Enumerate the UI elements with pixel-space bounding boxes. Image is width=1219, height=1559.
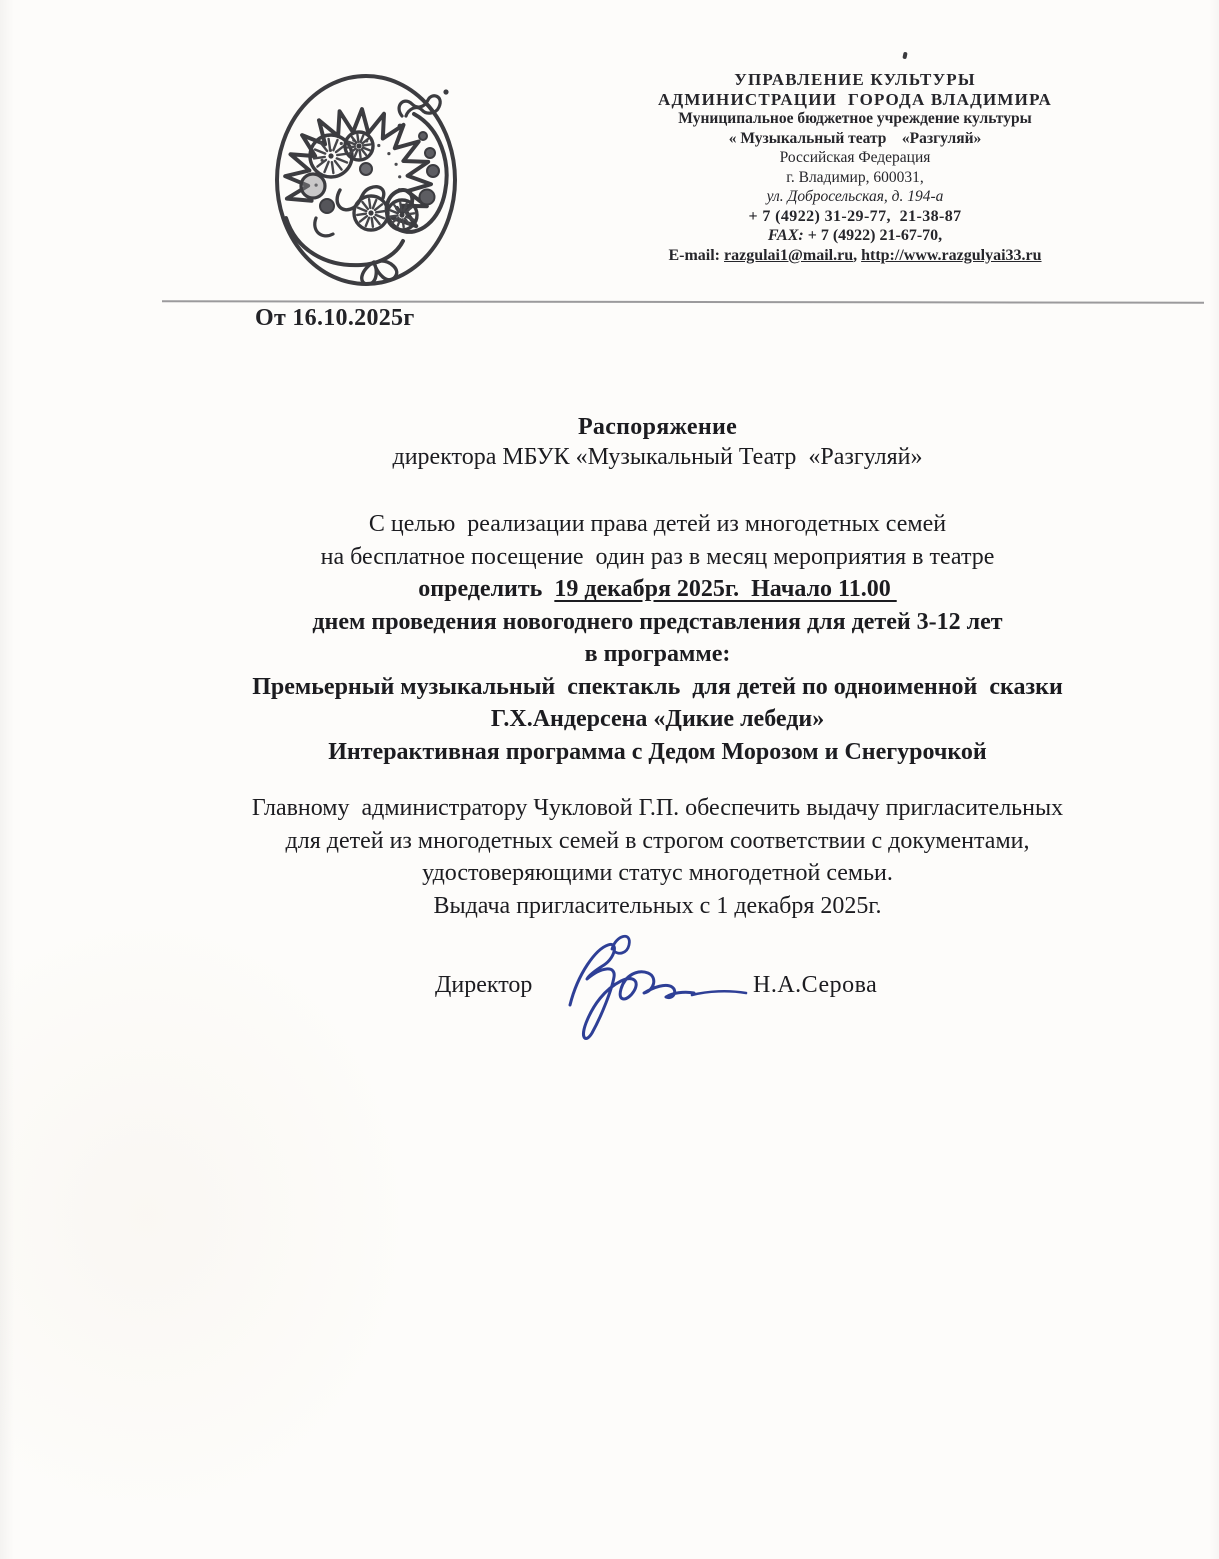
signature-stroke-main: [570, 944, 694, 1038]
logo-crest-dot: [395, 163, 398, 166]
logo-rosette-spoke: [362, 149, 367, 155]
logo-body-curve: [286, 218, 403, 265]
order-line: на бесплатное посещение один раз в месяц…: [90, 541, 1219, 574]
logo-dot: [320, 199, 334, 213]
street-line: ул. Добросельская, д. 194-а: [605, 187, 1105, 207]
order-line: С целью реализации права детей из многод…: [90, 508, 1219, 541]
logo-rosette-spoke: [362, 202, 368, 209]
logo-rosette-spoke: [374, 217, 380, 224]
logo-dot: [360, 163, 372, 175]
email-line: E-mail: razgulai1@mail.ru, http://www.ra…: [605, 246, 1105, 266]
logo-svg: [256, 70, 472, 292]
logo-rosette-spoke: [363, 144, 370, 145]
email-separator: ,: [853, 247, 861, 264]
org-name-line-2: АДМИНИСТРАЦИИ ГОРОДА ВЛАДИМИРА: [605, 90, 1105, 110]
document-subtitle: директора МБУК «Музыкальный Театр «Разгу…: [90, 442, 1219, 472]
country-line: Российская Федерация: [605, 148, 1105, 168]
instruction-line: удостоверяющими статус многодетной семьи…: [90, 857, 1219, 890]
logo-rosette-spoke: [369, 199, 370, 208]
signer-name: Н.А.Серова: [753, 972, 877, 999]
order-date-prefix: определить: [418, 576, 554, 602]
logo-rosette-spoke: [355, 150, 358, 157]
logo-rosette-spoke: [329, 139, 331, 150]
logo-rosette-spoke: [332, 162, 334, 173]
logo-rosette-spoke: [348, 147, 355, 148]
letterhead: УПРАВЛЕНИЕ КУЛЬТУРЫ АДМИНИСТРАЦИИ ГОРОДА…: [605, 70, 1105, 265]
org-name-line-1: УПРАВЛЕНИЕ КУЛЬТУРЫ: [605, 70, 1105, 90]
logo-rosette-spoke: [361, 135, 364, 142]
logo-rosette-spoke: [360, 216, 367, 222]
logo-ring: [301, 174, 325, 198]
logo-rosette-hub: [399, 212, 404, 217]
scan-speck: [902, 52, 907, 60]
logo-rosette-hub: [328, 153, 333, 158]
logo-rosette-spoke: [315, 150, 325, 154]
logo-rosette-hub: [368, 210, 373, 215]
logo-rosette-spoke: [373, 200, 376, 208]
theater-name-line: « Музыкальный театр «Разгуляй»: [605, 129, 1105, 149]
logo-rosette-spoke: [360, 150, 361, 157]
logo-rosette-spoke: [375, 204, 382, 210]
logo-rosette-spoke: [314, 157, 325, 159]
logo-wing-curl-2: [315, 218, 333, 236]
paragraph-instruction: Главному администратору Чукловой Г.П. об…: [90, 792, 1219, 922]
logo-rosette-spoke: [372, 218, 373, 227]
order-line: днем проведения новогоднего представлени…: [90, 606, 1219, 639]
signature-stroke-top: [612, 936, 629, 953]
fax-line: FAX: + 7 (4922) 21-67-70,: [605, 226, 1105, 246]
document-body: Распоряжение директора МБУК «Музыкальный…: [90, 412, 1219, 922]
logo-rosette-spoke: [376, 215, 384, 218]
order-line: Г.Х.Андерсена «Дикие лебеди»: [90, 703, 1219, 736]
order-line: Премьерный музыкальный спектакль для дет…: [90, 671, 1219, 704]
logo-crest-dot: [340, 142, 343, 145]
logo-rosette-spoke: [357, 135, 358, 142]
logo-rosette-spoke: [358, 208, 366, 211]
signer-role: Директор: [435, 972, 532, 999]
instruction-line: Главному администратору Чукловой Г.П. об…: [90, 792, 1219, 825]
logo-rosette-spoke: [335, 161, 342, 170]
event-date-underlined: 19 декабря 2025г. Начало 11.00: [554, 576, 896, 602]
logo-rosette-spoke: [325, 162, 329, 172]
logo-rosette-spoke: [357, 214, 366, 215]
instruction-line: для детей из многодетных семей в строгом…: [90, 825, 1219, 858]
phone-line: + 7 (4922) 31-29-77, 21-38-87: [605, 207, 1105, 227]
order-line-date: определить 19 декабря 2025г. Начало 11.0…: [90, 573, 1219, 606]
logo-rosette-spoke: [363, 148, 370, 151]
logo-rosette-spoke: [366, 218, 369, 226]
website-link: http://www.razgulyai33.ru: [861, 247, 1041, 264]
logo-rosette-spoke: [390, 216, 398, 217]
paragraph-order: С целью реализации права детей из многод…: [90, 508, 1219, 768]
fax-number: + 7 (4922) 21-67-70,: [804, 227, 942, 244]
email-link: razgulai1@mail.ru: [724, 247, 853, 264]
logo-rosette-spoke: [337, 158, 347, 162]
logo-dot: [443, 89, 448, 94]
signature-stroke-flourish: [692, 991, 746, 995]
logo-rosette-spoke: [333, 140, 337, 150]
email-label: E-mail:: [668, 247, 724, 264]
logo-rosette-spoke: [403, 220, 404, 228]
logo-rosette-spoke: [400, 203, 401, 211]
logo-dot: [419, 132, 427, 140]
razgulyay-folk-bird-logo-icon: [256, 70, 472, 292]
org-type-line: Муниципальное бюджетное учреждение культ…: [605, 109, 1105, 129]
logo-crest-dot: [377, 144, 380, 147]
logo-rosette-spoke: [376, 211, 385, 212]
spacer: [90, 472, 1219, 508]
letterhead-divider-line: [162, 300, 1204, 303]
document-title: Распоряжение: [90, 412, 1219, 442]
logo-rosette-hub: [356, 143, 361, 148]
logo-crest-dot: [387, 152, 390, 155]
spacer: [90, 768, 1219, 792]
order-line: в программе:: [90, 638, 1219, 671]
logo-dot: [398, 124, 403, 129]
handwritten-signature: [552, 925, 757, 1047]
order-line: Интерактивная программа с Дедом Морозом …: [90, 736, 1219, 769]
fax-label: FAX:: [768, 227, 804, 244]
logo-dot: [427, 165, 439, 177]
city-line: г. Владимир, 600031,: [605, 168, 1105, 188]
instruction-line: Выдача пригласительных с 1 декабря 2025г…: [90, 890, 1219, 923]
logo-rosette-spoke: [407, 213, 415, 214]
logo-crest-dot: [398, 175, 401, 178]
logo-dot: [420, 190, 435, 205]
logo-dot: [425, 148, 435, 158]
document-date: От 16.10.2025г: [255, 305, 415, 332]
